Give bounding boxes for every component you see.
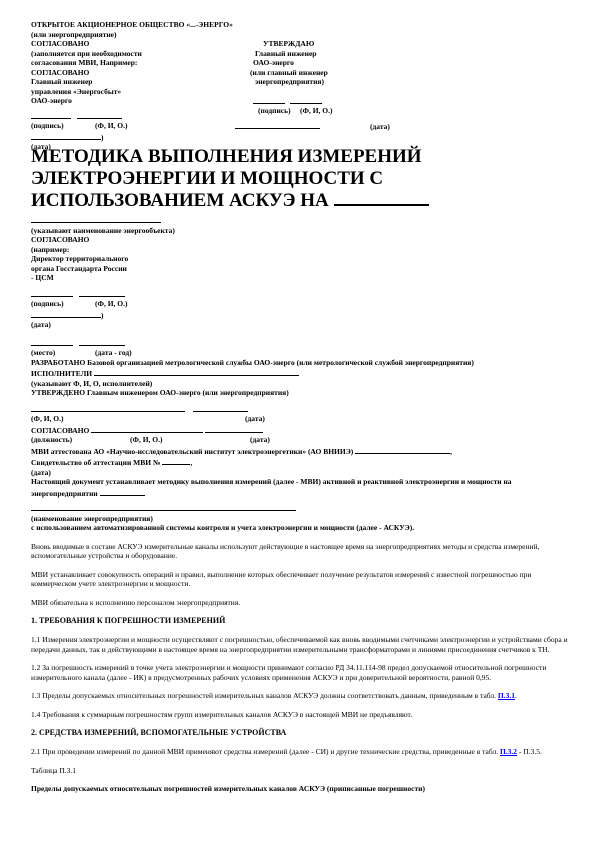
object-note: (указывают наименование энергообъекта) (31, 226, 575, 236)
paragraph-intro-1: Вновь вводимые в составе АСКУЭ измерител… (31, 542, 575, 561)
approve-column: УТВЕРЖДАЮ Главный инженер ОАО-энерго (ил… (235, 39, 435, 131)
agreed-note-line1: (заполняется при необходимости (31, 49, 142, 59)
certificate-number-blank (162, 456, 190, 465)
date-blank-row: (дата) (235, 120, 435, 132)
date-caption: (дата) (31, 320, 575, 330)
enterprise-blank-row (31, 502, 575, 514)
date-blank-row: ) (31, 131, 142, 143)
fio-blank (79, 288, 125, 297)
paragraph-intro-2: МВИ устанавливает совокупность операций … (31, 570, 575, 589)
paragraph-2-1-text: 2.1 При проведении измерений по данной М… (31, 747, 500, 756)
executors-label: ИСПОЛНИТЕЛИ (31, 369, 92, 378)
comma: , (190, 458, 192, 467)
approved-blank-row (31, 403, 575, 415)
document-page: ОТКРЫТОЕ АКЦИОНЕРНОЕ ОБЩЕСТВО «...-ЭНЕРГ… (0, 0, 595, 842)
signature-blank-row (31, 288, 575, 300)
agreed-caption-row: (должность)(Ф, И, О.)(дата) (31, 435, 575, 445)
enterprise-note: (наименование энергопредприятия) (31, 514, 575, 524)
object-note-blank-row (31, 214, 575, 226)
approve-role-line4: энергопредприятия) (235, 77, 435, 87)
signature-caption: (подпись) (258, 106, 300, 116)
signature-caption-row: (подпись)(Ф, И, О.) (31, 121, 142, 131)
agreed-label-2: СОГЛАСОВАНО (31, 68, 142, 78)
date-blank (31, 131, 101, 140)
agreed-label-4: СОГЛАСОВАНО (31, 426, 89, 435)
paren: ) (101, 133, 104, 142)
signature-caption-row: (подпись)(Ф, И, О.) (235, 106, 435, 116)
agreed-role-line3: ОАО-энерго (31, 96, 142, 106)
date-blank (193, 403, 248, 412)
fio-blank (77, 110, 122, 119)
fio-blank (31, 403, 185, 412)
paragraph-2-1: 2.1 При проведении измерений по данной М… (31, 747, 575, 757)
paragraph-1-4: 1.4 Требования к суммарным погрешностям … (31, 710, 575, 720)
document-statement-2: с использованием автоматизированной сист… (31, 523, 571, 533)
approval-columns: СОГЛАСОВАНО (заполняется при необходимос… (31, 39, 575, 143)
agreed-label-3: СОГЛАСОВАНО (31, 235, 575, 245)
date-year-caption: (дата - год) (95, 348, 132, 357)
approve-role-line1: Главный инженер (235, 49, 435, 59)
signature-blank-row (31, 110, 142, 122)
title-line3: ИСПОЛЬЗОВАНИЕМ АСКУЭ НА (31, 190, 575, 212)
attested-row: МВИ аттестована АО «Научно-исследователь… (31, 445, 575, 457)
fio-caption: (Ф, И, О.) (95, 121, 127, 130)
agreed-role-line1: Главный инженер (31, 77, 142, 87)
paren: ) (101, 311, 104, 320)
section-heading-1: 1. ТРЕБОВАНИЯ К ПОГРЕШНОСТИ ИЗМЕРЕНИЙ (31, 616, 575, 626)
document-title: МЕТОДИКА ВЫПОЛНЕНИЯ ИЗМЕРЕНИЙ ЭЛЕКТРОЭНЕ… (31, 146, 575, 212)
director-line1: Директор территориального (31, 254, 575, 264)
director-line3: - ЦСМ (31, 273, 575, 283)
enterprise-blank (100, 487, 145, 496)
example-note: (например: (31, 245, 575, 255)
signature-blank-row (235, 95, 435, 107)
signature-blank (31, 288, 73, 297)
certificate-row: Свидетельство об аттестации МВИ № , (31, 456, 575, 468)
section-heading-2: 2. СРЕДСТВА ИЗМЕРЕНИЙ, ВСПОМОГАТЕЛЬНЫЕ У… (31, 728, 575, 738)
agreed-row-2: СОГЛАСОВАНО (31, 424, 575, 436)
certificate-statement: Свидетельство об аттестации МВИ № (31, 458, 160, 467)
link-table-p32[interactable]: П.3.2 (500, 747, 517, 756)
approve-role-line3: (или главный инженер (235, 68, 435, 78)
agreed-note-line2: согласования МВИ, Например: (31, 58, 142, 68)
period: . (515, 691, 517, 700)
object-name-blank (334, 200, 429, 206)
executors-row: ИСПОЛНИТЕЛИ (31, 367, 575, 379)
title-line2: ЭЛЕКТРОЭНЕРГИИ И МОЩНОСТИ С (31, 168, 575, 190)
place-caption: (место) (31, 348, 95, 358)
date-caption: (дата) (250, 435, 270, 444)
position-caption: (должность) (31, 435, 130, 445)
org-alt: (или энергопредприятие) (31, 30, 575, 40)
paragraph-1-2: 1.2 За погрешность измерений в точке уче… (31, 663, 575, 682)
paragraph-intro-3: МВИ обязательна к исполнению персоналом … (31, 598, 575, 608)
paragraph-1-3: 1.3 Пределы допускаемых относительных по… (31, 691, 575, 701)
signature-caption-row: (подпись)(Ф, И, О.) (31, 299, 575, 309)
table-caption: Пределы допускаемых относительных погреш… (31, 784, 575, 794)
fio-caption: (Ф, И, О.) (31, 414, 245, 424)
enterprise-name-blank (31, 502, 296, 511)
signature-caption: (подпись) (31, 299, 95, 309)
title-line3-text: ИСПОЛЬЗОВАНИЕМ АСКУЭ НА (31, 190, 329, 211)
date-blank-row: ) (31, 309, 575, 321)
fio-blank (290, 95, 322, 104)
fio-caption: (Ф, И, О.) (300, 106, 332, 115)
developed-statement: РАЗРАБОТАНО Базовой организацией метроло… (31, 358, 571, 368)
date-caption: (дата) (370, 122, 390, 132)
fio-caption: (Ф, И, О.) (130, 435, 250, 445)
approved-statement: УТВЕРЖДЕНО Главным инженером ОАО-энерго … (31, 388, 575, 398)
document-body: Вновь вводимые в составе АСКУЭ измерител… (31, 542, 575, 794)
executors-blank (94, 367, 299, 376)
table-label: Таблица П.3.1 (31, 766, 575, 776)
executors-note: (указывают Ф, И, О, исполнителей) (31, 379, 575, 389)
fio-blank (205, 424, 263, 433)
date-blank (31, 309, 101, 318)
approve-label: УТВЕРЖДАЮ (235, 39, 435, 49)
paragraph-1-1: 1.1 Измерения электроэнергии и мощности … (31, 635, 575, 654)
comma: , (450, 447, 452, 456)
approved-caption-row: (Ф, И, О.)(дата) (31, 414, 575, 424)
object-note-blank (31, 214, 161, 223)
org-name: ОТКРЫТОЕ АКЦИОНЕРНОЕ ОБЩЕСТВО «...-ЭНЕРГ… (31, 20, 575, 30)
front-matter: ОТКРЫТОЕ АКЦИОНЕРНОЕ ОБЩЕСТВО «...-ЭНЕРГ… (31, 20, 575, 533)
signature-blank (253, 95, 285, 104)
date-caption: (дата) (31, 468, 575, 478)
paragraph-1-3-text: 1.3 Пределы допускаемых относительных по… (31, 691, 498, 700)
signature-caption: (подпись) (31, 121, 95, 131)
document-statement-row: Настоящий документ устанавливает методик… (31, 477, 571, 498)
agreed-label: СОГЛАСОВАНО (31, 39, 142, 49)
agreed-column: СОГЛАСОВАНО (заполняется при необходимос… (31, 39, 142, 152)
date-caption: (дата) (245, 414, 265, 423)
director-line2: органа Госстандарта России (31, 264, 575, 274)
signature-blank (31, 110, 71, 119)
agreed-role-line2: управления «Энергосбыт» (31, 87, 142, 97)
fio-caption: (Ф, И, О.) (95, 299, 127, 308)
place-blank (31, 337, 73, 346)
place-caption-row: (место)(дата - год) (31, 348, 575, 358)
date-caption: (дата) (31, 142, 142, 152)
attested-statement: МВИ аттестована АО «Научно-исследователь… (31, 447, 353, 456)
position-blank (91, 424, 203, 433)
attestation-blank (355, 445, 450, 454)
approve-role-line2: ОАО-энерго (235, 58, 435, 68)
place-blank-row (31, 337, 575, 349)
paragraph-2-1-tail: - П.3.5. (517, 747, 542, 756)
date-blank (235, 120, 320, 129)
link-table-p31[interactable]: П.3.1 (498, 691, 515, 700)
year-blank (79, 337, 125, 346)
